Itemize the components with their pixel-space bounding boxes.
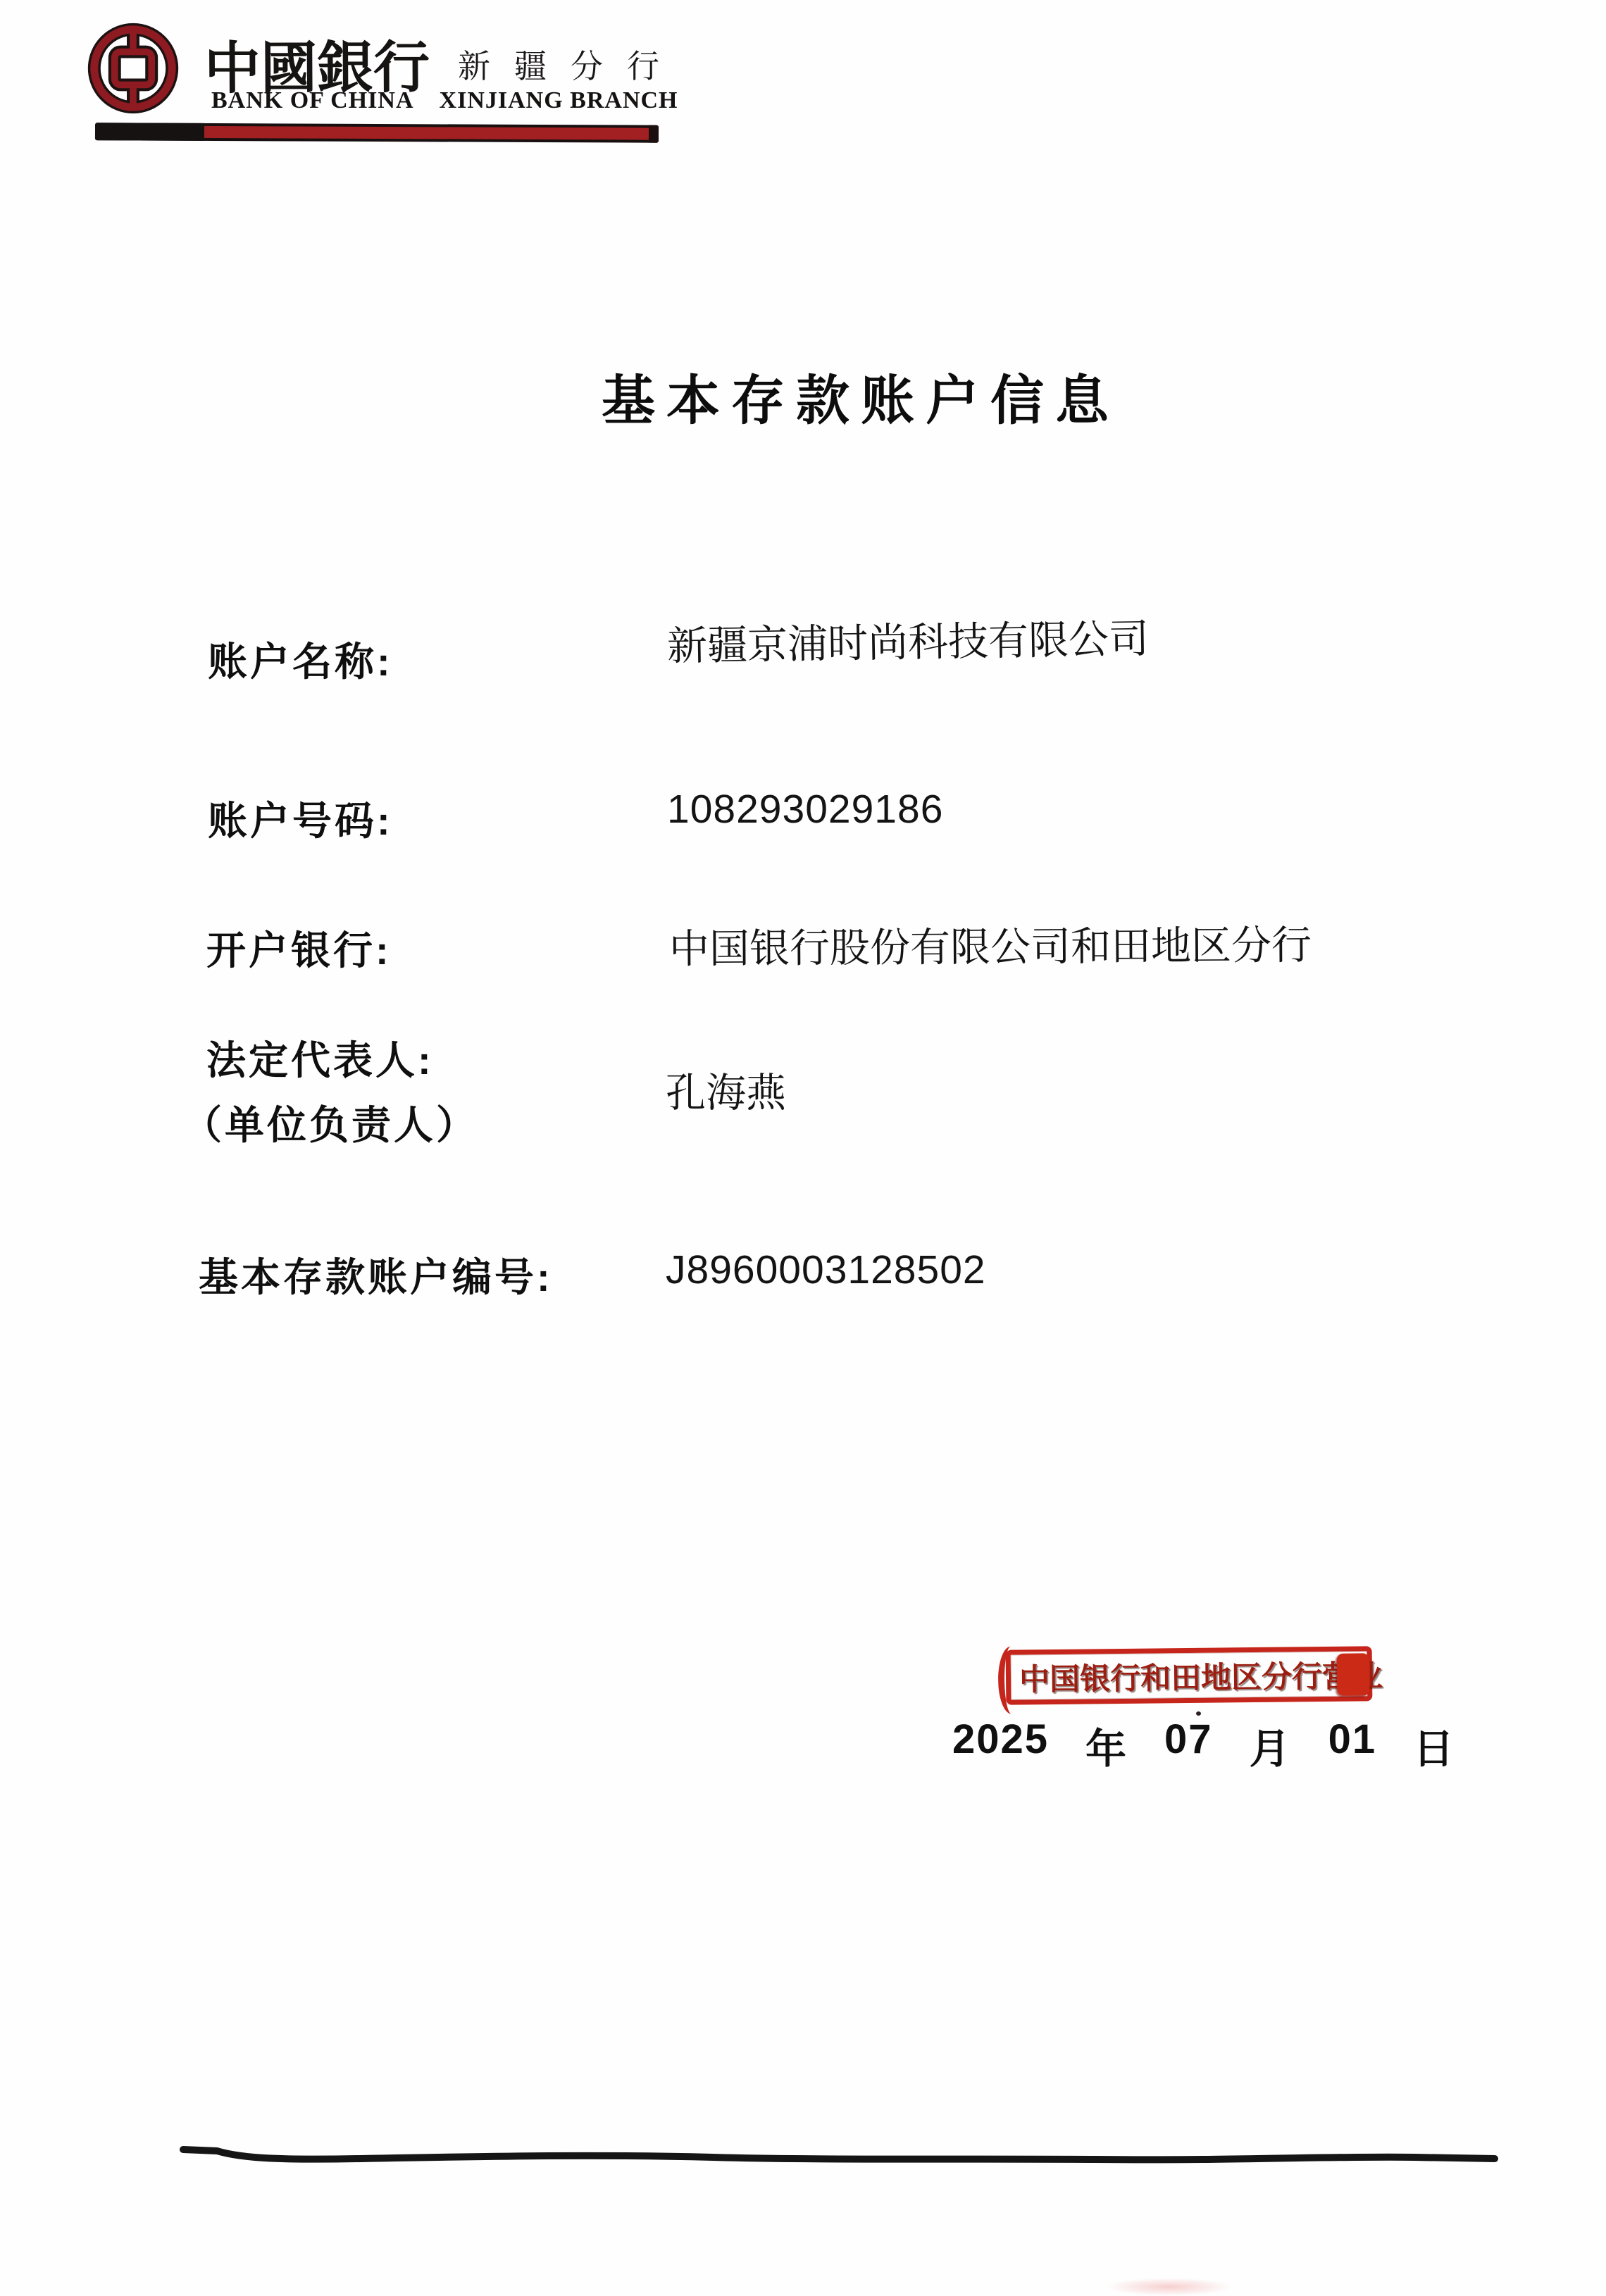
branch-name-english-text: XINJIANG BRANCH	[440, 87, 678, 113]
date-month-unit: 月	[1250, 1716, 1292, 1775]
date-year-unit: 年	[1085, 1716, 1128, 1775]
bank-of-china-logo-icon	[85, 20, 182, 117]
scanned-document-page: 中國銀行 新疆分行 BANK OF CHINAXINJIANG BRANCH 基…	[0, 0, 1606, 2296]
branch-name-chinese: 新疆分行	[458, 41, 683, 87]
date-month: 07	[1164, 1716, 1213, 1775]
account-number-label: 账户号码:	[208, 790, 393, 847]
opening-bank-value: 中国银行股份有限公司和田地区分行	[669, 913, 1312, 975]
date-day: 01	[1328, 1716, 1377, 1775]
stamp-text: 中国银行和田地区分行营业	[1019, 1652, 1383, 1699]
bank-name-english-text: BANK OF CHINA	[211, 87, 414, 113]
account-name-label: 账户名称:	[208, 631, 393, 687]
date-year: 2025	[952, 1716, 1049, 1775]
header-bar-black-segment	[95, 123, 204, 141]
opening-bank-label: 开户银行:	[206, 920, 392, 976]
bottom-marker-line	[176, 2140, 1507, 2171]
document-title: 基本存款账户信息	[602, 358, 1120, 435]
header-underline-bar	[95, 123, 659, 142]
bank-branch-stamp: 中国银行和田地区分行营业	[1006, 1646, 1373, 1704]
basic-account-number-value: J8960003128502	[666, 1247, 986, 1293]
legal-representative-label: 法定代表人:	[206, 1030, 434, 1086]
stamp-ink-smudge	[1337, 1653, 1370, 1695]
basic-account-number-label: 基本存款账户编号:	[199, 1247, 553, 1303]
date-day-unit: 日	[1413, 1716, 1455, 1775]
issue-date: 2025 年 07 月 01 日	[952, 1716, 1455, 1775]
account-number-value: 108293029186	[667, 786, 943, 832]
unit-responsible-person-label: （单位负责人）	[182, 1094, 478, 1151]
legal-representative-value: 孔海燕	[666, 1061, 786, 1118]
scan-smudge-artifact	[1106, 2278, 1233, 2296]
bank-name-english: BANK OF CHINAXINJIANG BRANCH	[211, 87, 678, 114]
account-name-value: 新疆京浦时尚科技有限公司	[666, 606, 1149, 672]
header-bar-end-cap	[649, 125, 659, 143]
